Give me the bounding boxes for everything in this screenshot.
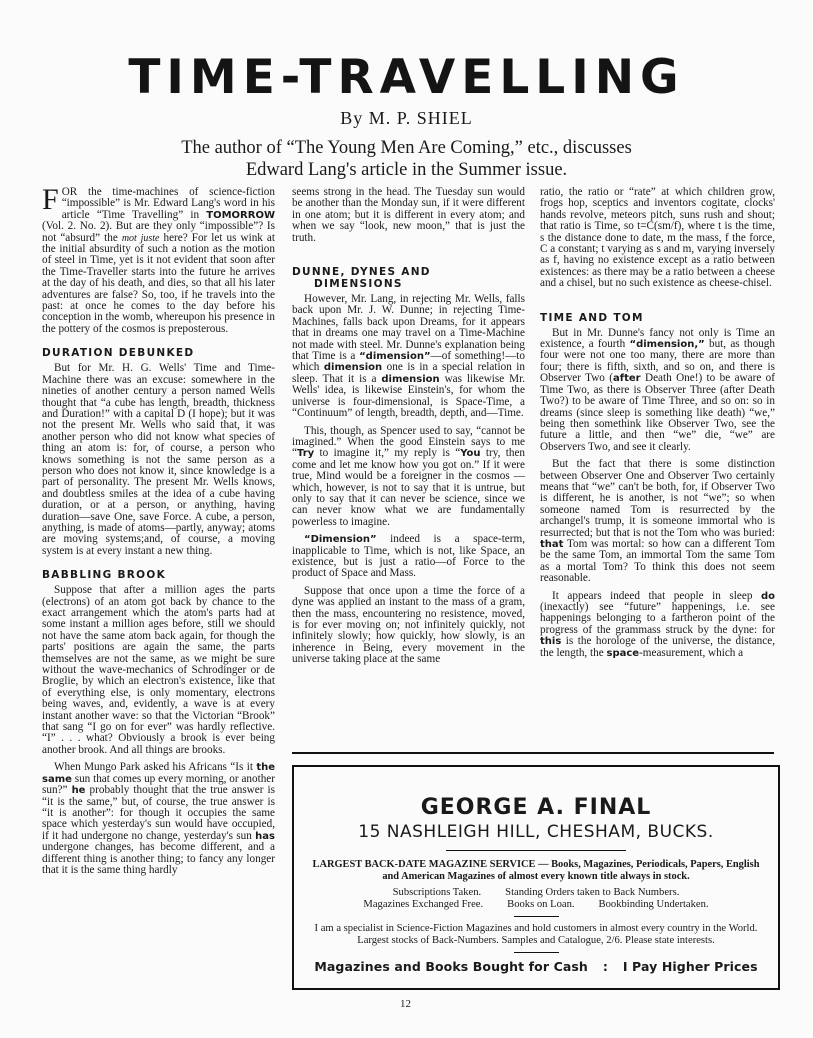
magazine-name: TOMORROW (206, 210, 275, 221)
divider-rule (514, 952, 559, 953)
paragraph: Suppose that after a million ages the pa… (42, 585, 275, 756)
section-heading-brook: BABBLING BROOK (42, 569, 275, 581)
subtitle: The author of “The Young Men Are Coming,… (0, 137, 813, 181)
column-2: seems strong in the head. The Tuesday su… (292, 187, 525, 672)
advertiser-address: 15 NASHLEIGH HILL, CHESHAM, BUCKS. (294, 822, 778, 842)
section-heading-dunne: DUNNE, DYNES AND DIMENSIONS (292, 266, 525, 290)
paragraph: But for Mr. H. G. Wells' Time and Time-M… (42, 363, 275, 557)
paragraph: However, Mr. Lang, in rejecting Mr. Well… (292, 294, 525, 419)
divider-rule (292, 752, 774, 754)
section-heading-duration: DURATION DEBUNKED (42, 347, 275, 359)
paragraph: ratio, the ratio or “rate” at which chil… (540, 187, 775, 290)
service-description: LARGEST BACK-DATE MAGAZINE SERVICE — Boo… (294, 859, 778, 883)
paragraph: But in Mr. Dunne's fancy not only is Tim… (540, 328, 775, 453)
services-line-1: Subscriptions Taken.Standing Orders take… (294, 887, 778, 899)
paragraph: When Mungo Park asked his Africans “Is i… (42, 762, 275, 876)
advertisement-box: GEORGE A. FINAL 15 NASHLEIGH HILL, CHESH… (292, 765, 780, 990)
article-title: TIME-TRAVELLING (0, 50, 813, 105)
paragraph: Suppose that once upon a time the force … (292, 586, 525, 666)
column-3: ratio, the ratio or “rate” at which chil… (540, 187, 775, 665)
services-line-2: Magazines Exchanged Free.Books on Loan.B… (294, 899, 778, 911)
paragraph: But the fact that there is some distinct… (540, 459, 775, 584)
column-1: FOR the time-machines of science-fiction… (42, 187, 275, 882)
paragraph: “Dimension” indeed is a space-term, inap… (292, 534, 525, 580)
divider-rule (514, 916, 559, 917)
specialist-statement: I am a specialist in Science-Fiction Mag… (294, 923, 778, 947)
subtitle-line-2: Edward Lang's article in the Summer issu… (0, 159, 813, 181)
paragraph: This, though, as Spencer used to say, “c… (292, 426, 525, 529)
page-number: 12 (400, 998, 411, 1010)
drop-cap: F (42, 188, 59, 212)
intro-paragraph: FOR the time-machines of science-fiction… (42, 187, 275, 335)
paragraph: seems strong in the head. The Tuesday su… (292, 187, 525, 244)
advertiser-name: GEORGE A. FINAL (294, 795, 778, 820)
subtitle-line-1: The author of “The Young Men Are Coming,… (0, 137, 813, 159)
paragraph: It appears indeed that people in sleep d… (540, 591, 775, 659)
divider-rule (446, 850, 626, 851)
byline: By M. P. SHIEL (0, 108, 813, 129)
section-heading-tom: TIME AND TOM (540, 312, 775, 324)
ad-footer: Magazines and Books Bought for Cash : I … (294, 959, 778, 974)
